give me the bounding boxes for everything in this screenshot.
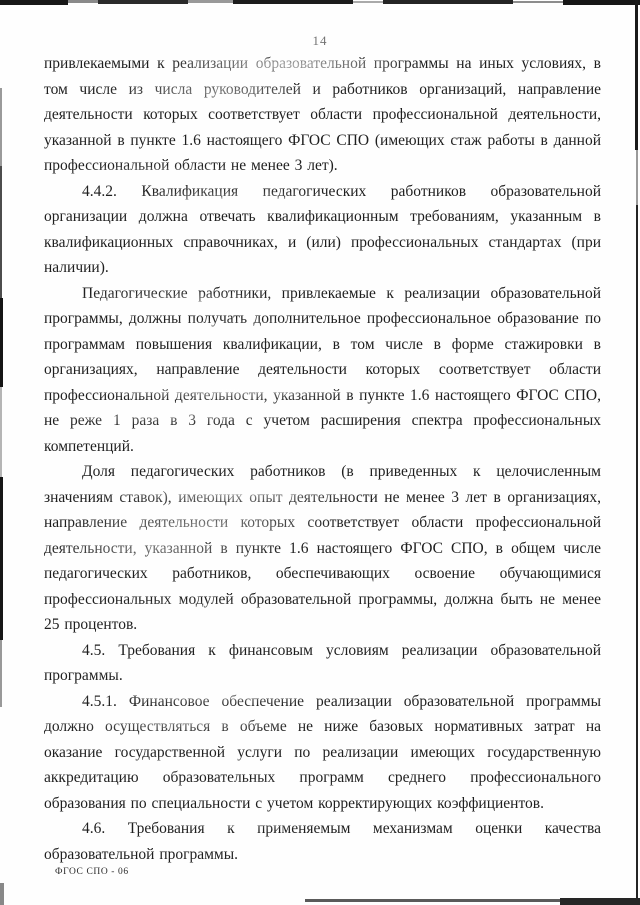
- paragraph-4-5: 4.5. Требования к финансовым условиям ре…: [44, 638, 601, 689]
- scan-artifact-top-edge: [0, 0, 68, 5]
- scan-artifact-right-edge: [635, 0, 638, 150]
- paragraph-pedagogical-workers: Педагогические работники, привлекаемые к…: [44, 281, 601, 460]
- scan-artifact-right-edge: [636, 150, 638, 205]
- document-body: привлекаемыми к реализации образовательн…: [44, 51, 601, 867]
- scan-artifact-top-edge: [383, 0, 513, 4]
- scan-artifact-right-edge: [636, 205, 638, 905]
- paragraph-4-5-1: 4.5.1. Финансовое обеспечение реализации…: [44, 689, 601, 817]
- paragraph-4-6: 4.6. Требования к применяемым механизмам…: [44, 816, 601, 867]
- scan-artifact-left-edge: [0, 298, 3, 387]
- scan-artifact-top-edge: [353, 1, 383, 3]
- scan-artifact-left-edge: [0, 166, 2, 298]
- scan-artifact-top-edge: [513, 1, 563, 3]
- scan-artifact-left-edge: [0, 640, 2, 707]
- scan-artifact-top-edge: [563, 0, 640, 5]
- scan-artifact-left-edge: [0, 387, 2, 477]
- scan-artifact-left-edge: [0, 88, 2, 166]
- scan-artifact-top-edge: [98, 0, 188, 4]
- paragraph-continuation: привлекаемыми к реализации образовательн…: [44, 51, 601, 179]
- footer-doc-code: ФГОС СПО - 06: [55, 867, 129, 877]
- scan-artifact-bottom-edge: [305, 899, 580, 902]
- paragraph-4-4-2: 4.4.2. Квалификация педагогических работ…: [44, 179, 601, 281]
- scan-artifact-top-edge: [68, 0, 98, 3]
- scan-artifact-top-edge: [233, 0, 353, 4]
- paragraph-share-of-workers: Доля педагогических работников (в привед…: [44, 459, 601, 638]
- scan-artifact-top-edge: [188, 0, 233, 3]
- scan-artifact-left-edge: [0, 477, 3, 640]
- scan-artifact-left-edge: [0, 883, 4, 905]
- scanned-document-page: 14 привлекаемыми к реализации образовате…: [0, 0, 640, 905]
- scan-artifact-bottom-edge: [560, 898, 640, 905]
- page-number: 14: [0, 33, 640, 49]
